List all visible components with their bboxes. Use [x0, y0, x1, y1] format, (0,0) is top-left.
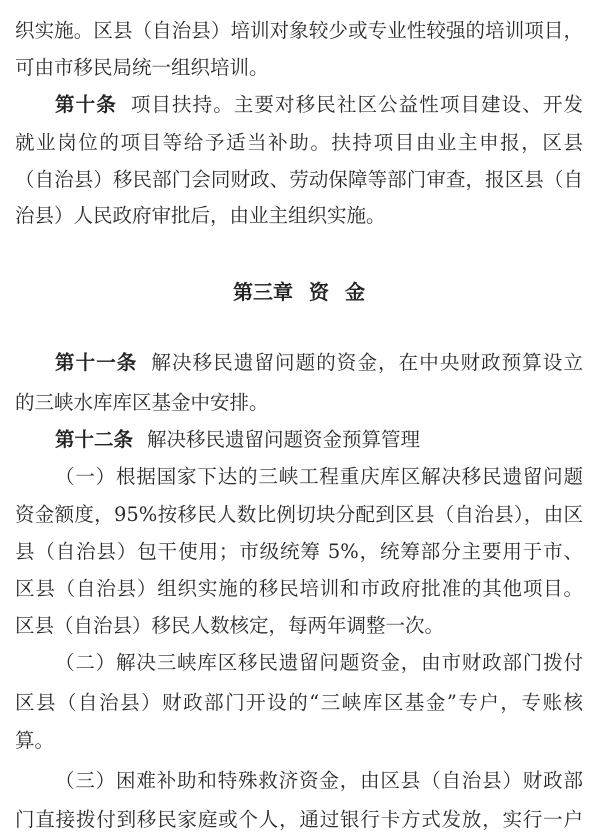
chapter-title-part2: 金: [345, 280, 365, 304]
article-12-heading-line: 第十二条解决移民遗留问题资金预算管理: [55, 425, 583, 455]
paragraph-line: 区县（自治县）移民人数核定，每两年调整一次。: [15, 611, 583, 641]
item-3-first-line: （三）困难补助和特殊救济资金，由区县（自治县）财政部: [55, 766, 583, 796]
chapter-number: 第三章: [233, 280, 293, 304]
article-12-label: 第十二条: [55, 428, 133, 451]
article-11-label: 第十一条: [55, 351, 137, 374]
article-10-first-line: 第十条项目扶持。主要对移民社区公益性项目建设、开发: [55, 90, 583, 120]
paragraph-line: 门直接拨付到移民家庭或个人，通过银行卡方式发放，实行一户: [15, 805, 583, 835]
article-11-text: 解决移民遗留问题的资金，在中央财政预算设立: [151, 351, 583, 374]
article-11-first-line: 第十一条解决移民遗留问题的资金，在中央财政预算设立: [55, 348, 583, 378]
chapter-heading: 第三章资金: [0, 277, 598, 307]
chapter-title-part1: 资: [309, 280, 329, 304]
paragraph-line: 区县（自治县）财政部门开设的“三峡库区基金”专户，专账核: [15, 688, 583, 718]
document-page: 织实施。区县（自治县）培训对象较少或专业性较强的培训项目， 可由市移民局统一组织…: [0, 0, 598, 837]
paragraph-line: 织实施。区县（自治县）培训对象较少或专业性较强的培训项目，: [15, 16, 583, 46]
paragraph-line: 治县）人民政府审批后，由业主组织实施。: [15, 201, 583, 231]
item-2-first-line: （二）解决三峡库区移民遗留问题资金，由市财政部门拨付: [55, 648, 583, 678]
paragraph-line: （自治县）移民部门会同财政、劳动保障等部门审查，报区县（自: [15, 165, 583, 195]
paragraph-line: 可由市移民局统一组织培训。: [15, 53, 583, 83]
article-12-heading: 解决移民遗留问题资金预算管理: [147, 428, 420, 451]
item-1-first-line: （一）根据国家下达的三峡工程重庆库区解决移民遗留问题: [55, 462, 583, 492]
article-10-text: 项目扶持。主要对移民社区公益性项目建设、开发: [131, 93, 583, 116]
paragraph-line: 的三峡水库库区基金中安排。: [15, 388, 583, 418]
paragraph-line: 县（自治县）包干使用；市级统筹 5%，统筹部分主要用于市、: [15, 537, 583, 567]
paragraph-line: 区县（自治县）组织实施的移民培训和市政府批准的其他项目。: [15, 574, 583, 604]
article-10-label: 第十条: [55, 93, 117, 116]
paragraph-line: 资金额度，95%按移民人数比例切块分配到区县（自治县），由区: [15, 500, 583, 530]
paragraph-line: 就业岗位的项目等给予适当补助。扶持项目由业主申报，区县: [15, 128, 583, 158]
paragraph-line: 算。: [15, 726, 583, 756]
